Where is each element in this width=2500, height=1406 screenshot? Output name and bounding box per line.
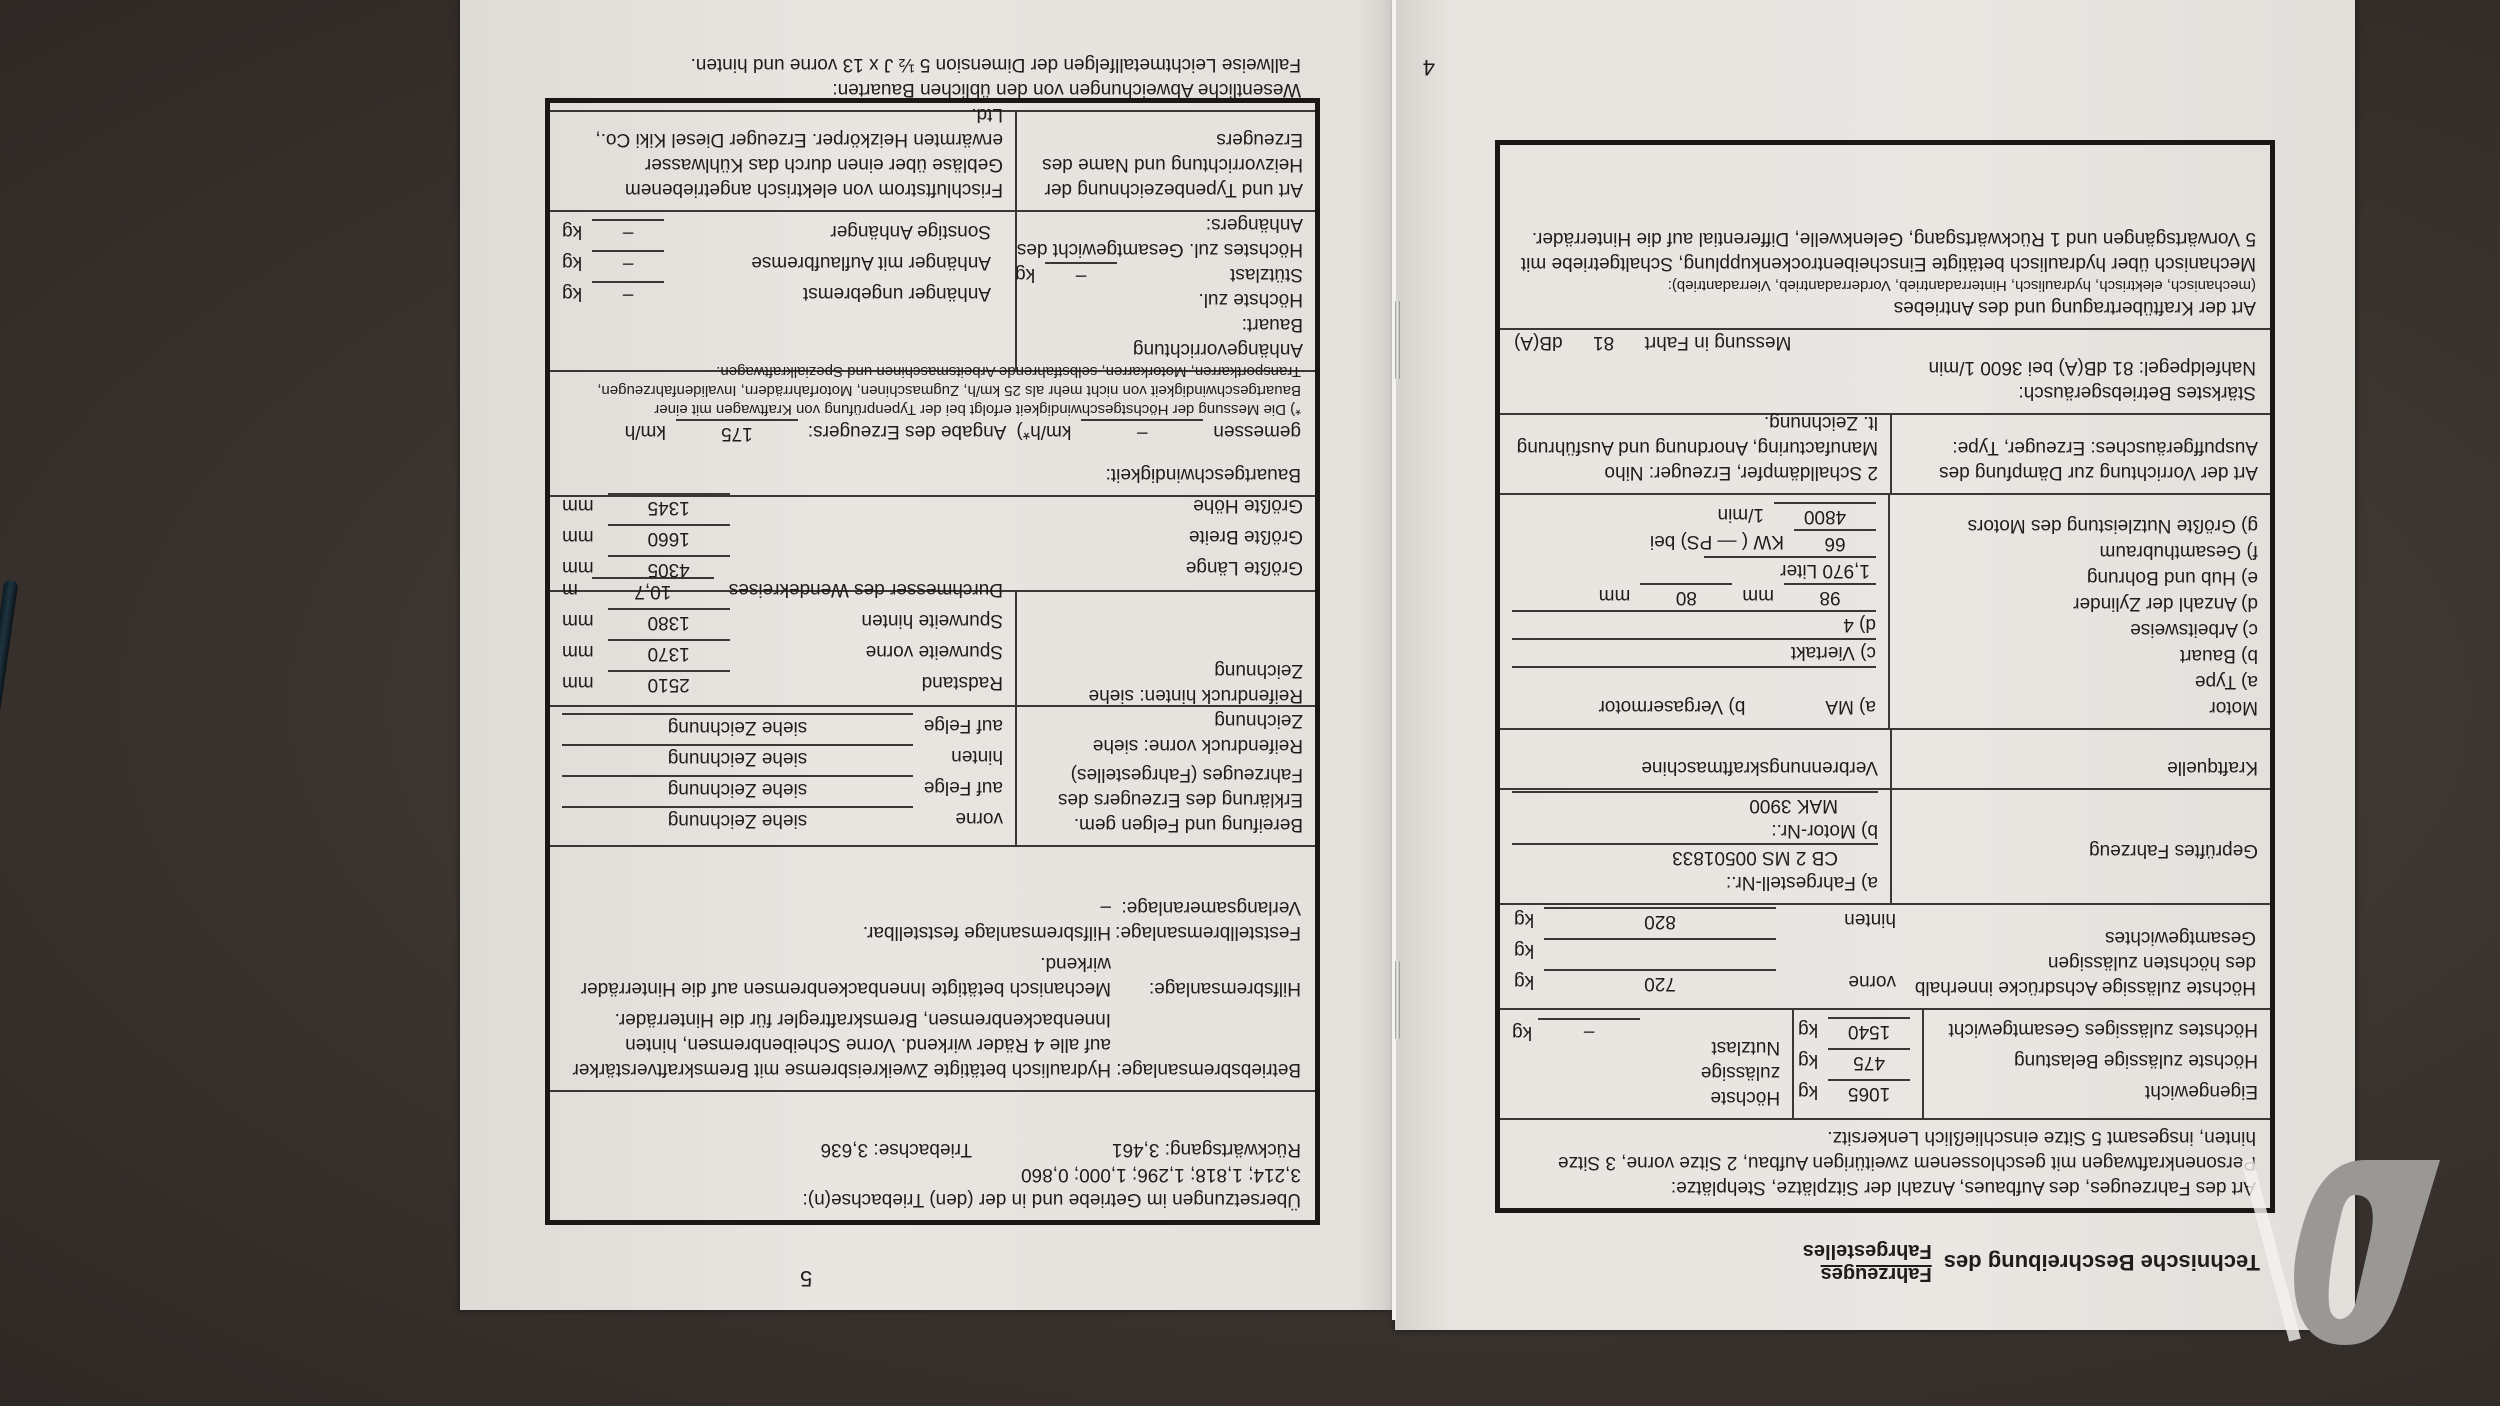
- power-source-value: Verbrennungskraftmaschine: [1500, 730, 1890, 788]
- tire-row: auf Felgesiehe Zeichnung: [562, 713, 1003, 744]
- engine-type-value: a) MA: [1825, 694, 1876, 719]
- dim-label: Größte Länge: [740, 555, 1303, 580]
- payload-label: Höchste zulässige Nutzlast: [1650, 1018, 1780, 1110]
- axle-front-label: vorne: [1786, 969, 1896, 994]
- vehicle-type-value: Personenkraftwagen mit geschlossenem zwe…: [1514, 1125, 2256, 1175]
- trailer-weight-label: Höchstes zul. Gesamtgewicht des Anhänger…: [1015, 212, 1303, 262]
- dim-unit: mm: [562, 670, 594, 695]
- speed-footnote: *) Die Messung der Höchstgeschwindigkeit…: [564, 362, 1301, 419]
- bore-value: 80: [1640, 583, 1732, 610]
- dim-unit: mm: [562, 555, 594, 580]
- payload-value: –: [1538, 1018, 1640, 1045]
- engine-cycle-value: c) Viertakt: [1512, 638, 1876, 666]
- retarder-value: –: [1100, 895, 1111, 920]
- tire-row: vornesiehe Zeichnung: [562, 806, 1003, 837]
- trailer-label: Anhänger mit Auflaufbremse: [674, 250, 991, 275]
- speed-manufacturer-unit: km/h: [625, 419, 666, 444]
- gear-ratios-label: Übersetzungen im Getriebe und in der (de…: [564, 1187, 1301, 1212]
- booklet-spine: [1392, 0, 1396, 1320]
- muffler-label: Art der Vorrichtung zur Dämpfung des Aus…: [1890, 415, 2270, 493]
- trailer-unit: kg: [562, 250, 582, 275]
- tires-row: Bereifung und Felgen gem. Erklärung des …: [550, 705, 1315, 845]
- aux-brake-label: Hilfsbremsanlage:: [1121, 951, 1301, 1001]
- support-load-label: Höchste zul. Stützlast: [1127, 262, 1303, 312]
- dim-value: 2510: [608, 670, 730, 697]
- title-option-chassis: Fahrgestelles: [1803, 1239, 1932, 1262]
- drive-label: Art der Kraftübertragung und des Antrieb…: [1514, 295, 2256, 320]
- gear-ratios-forward: 3,214; 1,818; 1,296; 1,000; 0,860: [564, 1162, 1301, 1187]
- tire-row: auf Felgesiehe Zeichnung: [562, 775, 1003, 806]
- trailer-row: Anhänger ungebremst–kg: [562, 281, 991, 312]
- page-number: 5: [800, 1265, 812, 1291]
- trailer-row: Anhänger mit Auflaufbremse–kg: [562, 250, 991, 281]
- staple-top: [1395, 300, 1400, 380]
- axle-rear-label: hinten: [1786, 907, 1896, 932]
- payload-unit: kg: [1512, 1018, 1532, 1045]
- tire-pressure-front-label: Reifendruck vorne:: [1144, 735, 1303, 756]
- body-dims-row: Größte Länge4305mm Größte Breite1660mm G…: [550, 495, 1315, 590]
- power-kw-unit: KW ( — PS) bei: [1650, 529, 1784, 554]
- trailer-row: Sonstige Anhänger–kg: [562, 219, 991, 250]
- page-5: 5 Übersetzungen im Getriebe und in der (…: [460, 0, 1395, 1310]
- spec-table-page4: Art des Fahrzeuges, des Aufbaues, Anzahl…: [1495, 140, 2275, 1213]
- noise-label: Stärkstes Betriebsgeräusch:: [1514, 380, 2256, 405]
- service-brake-value: Hydraulisch betätigte Zweikreisbremse mi…: [564, 1007, 1111, 1082]
- engine-cylinders-value: d) 4: [1512, 610, 1876, 638]
- dim-label: Spurweite hinten: [740, 608, 1003, 633]
- engine-item-label: c) Arbeitsweise: [1902, 617, 2258, 643]
- deviations-row: Wesentliche Abweichungen von den übliche…: [550, 44, 1315, 110]
- trailer-label: Sonstige Anhänger: [674, 219, 991, 244]
- tire-value: siehe Zeichnung: [562, 744, 913, 771]
- weight-label: Höchste zulässige Belastung: [1936, 1048, 2258, 1079]
- power-kw-value: 66: [1794, 529, 1876, 556]
- drive-hint: (mechanisch, elektrisch, hydraulisch, Hi…: [1514, 276, 2256, 295]
- speed-manufacturer-label: Angabe des Erzeugers:: [808, 419, 1007, 444]
- heater-label: Art und Typenbezeichnung der Heizvorrich…: [1015, 112, 1315, 210]
- weight-label: Höchstes zulässiges Gesamtgewicht: [1936, 1017, 2258, 1048]
- weight-value: 1540: [1828, 1017, 1910, 1044]
- vehicle-type-row: Art des Fahrzeuges, des Aufbaues, Anzahl…: [1500, 1118, 2270, 1208]
- speed-measured-label: gemessen: [1213, 419, 1301, 444]
- axle-unit: kg: [1514, 969, 1534, 994]
- weights-row: Eigengewicht Höchste zulässige Belastung…: [1500, 1008, 2270, 1118]
- service-brake-label: Betriebsbremsanlage:: [1121, 1007, 1301, 1082]
- weight-unit: kg: [1798, 1079, 1818, 1104]
- aux-brake-value: Mechanisch betätigte Innenbackenbremsen …: [564, 951, 1111, 1001]
- axle-rear-value: 820: [1544, 907, 1776, 934]
- dim-unit: mm: [562, 493, 594, 518]
- hitch-label: Anhängevorrichtung: [1015, 337, 1303, 362]
- heater-value: Frischluftstrom von elektrisch angetrieb…: [550, 112, 1015, 210]
- parking-brake-value: Hilfsbremsanlage feststellbar.: [564, 920, 1111, 945]
- engine-item-label: a) Type: [1902, 669, 2258, 695]
- weight-unit: kg: [1798, 1048, 1818, 1073]
- trailer-unit: kg: [562, 281, 582, 306]
- chassis-number: CB 2 MS 00501833: [1512, 843, 1878, 870]
- tire-value: siehe Zeichnung: [562, 806, 913, 833]
- vehicle-type-label: Art des Fahrzeuges, des Aufbaues, Anzahl…: [1514, 1175, 2256, 1200]
- dim-unit: mm: [562, 524, 594, 549]
- heater-row: Art und Typenbezeichnung der Heizvorrich…: [550, 110, 1315, 210]
- speed-row: Bauartgeschwindigkeit: gemessen – km/h*)…: [550, 370, 1315, 495]
- dim-row: Spurweite hinten1380mm: [562, 608, 1003, 639]
- engine-item-label: b) Bauart: [1902, 643, 2258, 669]
- chassis-number-label: a) Fahrgestell-Nr.:: [1512, 870, 1878, 895]
- reverse-label: Rückwärtsgang:: [1165, 1139, 1301, 1160]
- tire-position: auf Felge: [923, 775, 1003, 800]
- engine-item-label: e) Hub und Bohrung: [1902, 565, 2258, 591]
- brakes-row: Betriebsbremsanlage:Hydraulisch betätigt…: [550, 845, 1315, 1090]
- engine-build-value: b) Vergasermotor: [1599, 694, 1746, 719]
- speed-measured-unit: km/h*): [1016, 419, 1071, 444]
- engine-number-label: b) Motor-Nr.:: [1512, 818, 1878, 843]
- page-title: Technische Beschreibung des Fahrzeuges F…: [1803, 1239, 2260, 1285]
- chassis-dims-row: Radstand2510mm Spurweite vorne1370mm Spu…: [550, 590, 1315, 705]
- axle-unit: kg: [1514, 907, 1534, 932]
- power-rpm-value: 4800: [1774, 502, 1876, 529]
- driving-noise-label: Messung in Fahrt: [1645, 328, 1792, 355]
- tire-value: siehe Zeichnung: [562, 713, 913, 740]
- axle-loads-row: Höchste zulässige Achsdrücke innerhalb d…: [1500, 903, 2270, 1008]
- drive-value: Mechanisch über hydraulisch betätigte Ei…: [1514, 226, 2256, 276]
- engine-item-label: f) Gesamthubraum: [1902, 539, 2258, 565]
- speed-measured: –: [1081, 419, 1203, 446]
- power-source-label: Kraftquelle: [1890, 730, 2270, 788]
- page-4: 4 Technische Beschreibung des Fahrzeuges…: [1395, 0, 2355, 1330]
- engine-label: Motor: [1902, 695, 2258, 720]
- dim-row: Größte Höhe1345mm: [562, 493, 1303, 524]
- engine-row: Motor a) Type b) Bauart c) Arbeitsweise …: [1500, 493, 2270, 728]
- dim-row: Radstand2510mm: [562, 670, 1003, 701]
- parking-brake-label: Feststellbremsanlage:: [1121, 920, 1301, 945]
- stylized-v-logo-icon: [2235, 1140, 2495, 1380]
- dim-row: Spurweite vorne1370mm: [562, 639, 1003, 670]
- dim-row: Größte Breite1660mm: [562, 524, 1303, 555]
- bore-unit: mm: [1599, 583, 1631, 608]
- dim-unit: mm: [562, 608, 594, 633]
- tire-value: siehe Zeichnung: [562, 775, 913, 802]
- tire-position: hinten: [923, 744, 1003, 769]
- gear-ratios-row: Übersetzungen im Getriebe und in der (de…: [550, 1090, 1315, 1220]
- driving-noise-unit: dB(A): [1514, 328, 1563, 355]
- trailer-unit: kg: [562, 219, 582, 244]
- speed-label: Bauartgeschwindigkeit:: [564, 462, 1301, 487]
- deviations-label: Wesentliche Abweichungen von den übliche…: [564, 77, 1301, 102]
- axle-unit: kg: [1514, 938, 1534, 963]
- weight-unit: kg: [1798, 1017, 1818, 1042]
- retarder-label: Verlangsameranlage:: [1121, 895, 1301, 920]
- axle-label: Triebachse:: [873, 1139, 972, 1160]
- title-option-vehicle: Fahrzeuges: [1803, 1262, 1932, 1285]
- engine-item-label: g) Größte Nutzleistung des Motors: [1902, 513, 2258, 539]
- axle-value: 3,636: [821, 1139, 869, 1160]
- dim-label: Radstand: [740, 670, 1003, 695]
- dim-value: 4305: [608, 555, 730, 582]
- weight-value: 1065: [1828, 1079, 1910, 1106]
- trailer-value: –: [592, 281, 664, 308]
- dim-row: Größte Länge4305mm: [562, 555, 1303, 586]
- dim-value: 1380: [608, 608, 730, 635]
- spec-table-page5: Übersetzungen im Getriebe und in der (de…: [545, 98, 1320, 1225]
- trailer-value: –: [592, 219, 664, 246]
- muffler-value: 2 Schalldämpfer, Erzeuger: Niho Manufact…: [1500, 415, 1890, 493]
- trailer-label: Anhänger ungebremst: [674, 281, 991, 306]
- support-load: –: [1045, 262, 1117, 289]
- dim-label: Größte Breite: [740, 524, 1303, 549]
- axle-front-value: 720: [1544, 969, 1776, 996]
- drive-row: Art der Kraftübertragung und des Antrieb…: [1500, 218, 2270, 328]
- dim-label: Größte Höhe: [740, 493, 1303, 518]
- dim-label: Spurweite vorne: [740, 639, 1003, 664]
- engine-number: MAK 3900: [1512, 791, 1878, 818]
- tires-label: Bereifung und Felgen gem. Erklärung des …: [1029, 762, 1303, 837]
- tire-position: auf Felge: [923, 713, 1003, 738]
- page-number: 4: [1423, 54, 1435, 80]
- dim-value: 1370: [608, 639, 730, 666]
- support-load-unit: kg: [1015, 262, 1035, 287]
- hitch-row: Anhängevorrichtung Bauart: Höchste zul. …: [550, 210, 1315, 370]
- power-rpm-unit: 1/min: [1718, 502, 1764, 527]
- displacement-value: 1,970 Liter: [1704, 556, 1876, 583]
- title-text: Technische Beschreibung des: [1944, 1249, 2260, 1275]
- stroke-unit: mm: [1742, 583, 1774, 608]
- deviations-value: Fallweise Leichtmetallfelgen der Dimensi…: [564, 52, 1301, 77]
- tire-row: hintensiehe Zeichnung: [562, 744, 1003, 775]
- speed-manufacturer: 175: [676, 419, 798, 446]
- tested-vehicle-label: Geprüftes Fahrzeug: [1890, 790, 2270, 903]
- reverse-value: 3,461: [1112, 1139, 1160, 1160]
- trailer-value: –: [592, 250, 664, 277]
- weight-label: Eigengewicht: [1936, 1079, 2258, 1110]
- tested-vehicle-row: Geprüftes Fahrzeug a) Fahrgestell-Nr.: C…: [1500, 788, 2270, 903]
- staple-bottom: [1395, 960, 1400, 1040]
- dim-value: 1345: [608, 493, 730, 520]
- noise-row: Stärkstes Betriebsgeräusch: Nahfeldpegel…: [1500, 328, 2270, 413]
- near-field-value: 81 dB(A) bei 3600 1/min: [1929, 357, 2134, 378]
- tire-position: vorne: [923, 806, 1003, 831]
- engine-item-label: d) Anzahl der Zylinder: [1902, 591, 2258, 617]
- power-source-row: Kraftquelle Verbrennungskraftmaschine: [1500, 728, 2270, 788]
- weight-value: 475: [1828, 1048, 1910, 1075]
- dim-value: 1660: [608, 524, 730, 551]
- near-field-label: Nahfeldpegel:: [2139, 357, 2256, 378]
- dim-unit: mm: [562, 639, 594, 664]
- stroke-value: 98: [1784, 583, 1876, 610]
- driving-noise-value: 81: [1573, 328, 1635, 355]
- muffler-row: Art der Vorrichtung zur Dämpfung des Aus…: [1500, 413, 2270, 493]
- axle-loads-label: Höchste zulässige Achsdrücke innerhalb d…: [1896, 913, 2256, 1000]
- hitch-type-label: Bauart:: [1015, 312, 1303, 337]
